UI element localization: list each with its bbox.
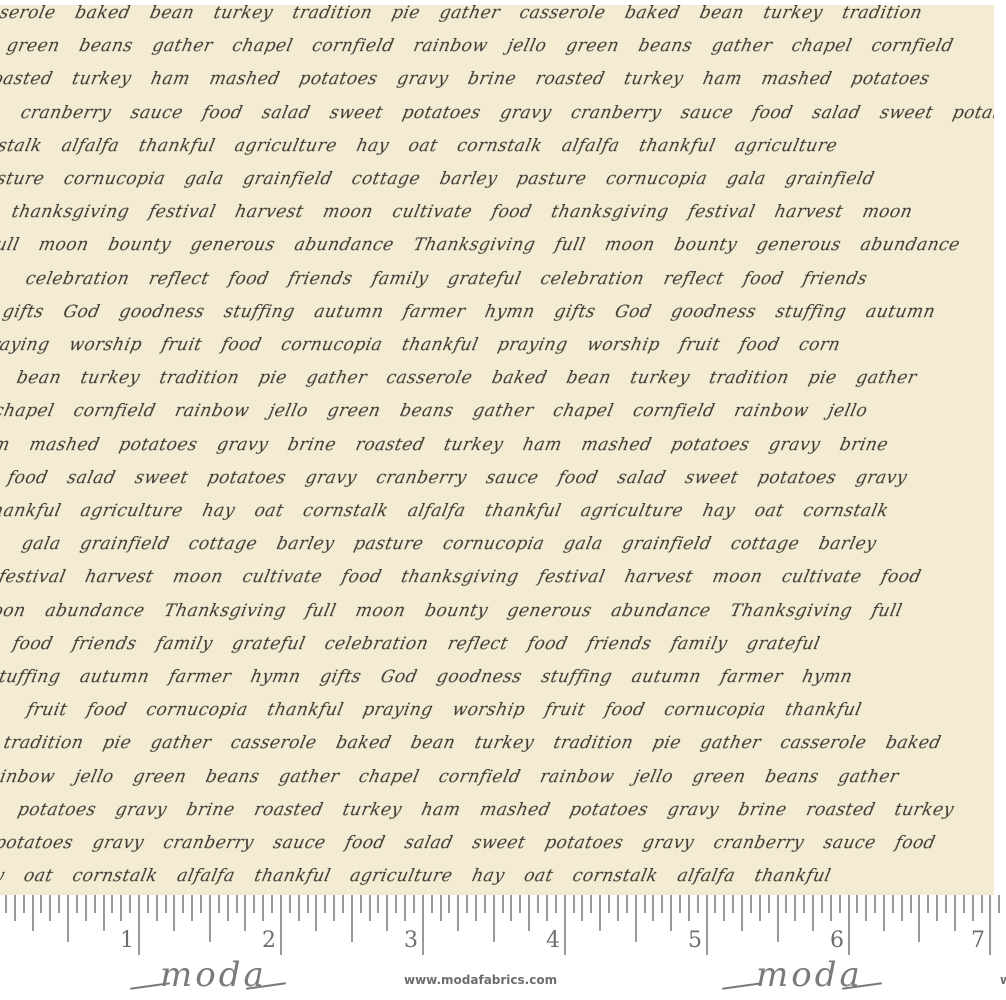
website-url: www.modafabrics.com (404, 973, 557, 987)
ruler-tick (298, 895, 300, 921)
script-text-row: hay oat cornstalk alfalfa thankful agric… (0, 866, 833, 886)
ruler-tick (386, 895, 388, 931)
ruler-tick (67, 895, 69, 942)
ruler-tick (830, 895, 832, 921)
script-text-row: cranberry sauce food salad sweet potatoe… (19, 103, 994, 123)
ruler-tick (502, 895, 504, 913)
ruler-tick (324, 895, 326, 913)
script-text-row: roasted turkey ham mashed potatoes gravy… (0, 69, 932, 89)
ruler-tick (688, 895, 690, 921)
ruler-tick (626, 895, 628, 913)
ruler-tick (209, 895, 211, 942)
ruler-tick (5, 895, 7, 913)
ruler-tick (590, 895, 592, 913)
ruler-tick (103, 895, 105, 931)
ruler-tick (129, 895, 131, 913)
ruler-tick (173, 895, 175, 931)
ruler-tick (954, 895, 956, 931)
ruler-tick (537, 895, 539, 913)
ruler-tick (528, 895, 530, 931)
script-text-row: celebration reflect food friends family … (24, 269, 869, 289)
ruler-tick (918, 895, 920, 942)
ruler-tick (714, 895, 716, 913)
ruler-tick (413, 895, 415, 913)
ruler-tick (785, 895, 787, 913)
ruler-tick (510, 895, 512, 921)
ruler-tick (94, 895, 96, 913)
ruler-tick (342, 895, 344, 913)
ruler-inch-tick (848, 895, 850, 955)
ruler-tick (76, 895, 78, 913)
ruler-tick (670, 895, 672, 931)
ruler-tick (40, 895, 42, 913)
ruler-inch-tick (280, 895, 282, 955)
script-text-row: thankful agriculture hay oat cornstalk a… (0, 501, 890, 521)
ruler-inch-tick (138, 895, 140, 955)
ruler-tick (440, 895, 442, 921)
ruler-tick (475, 895, 477, 921)
ruler-tick (555, 895, 557, 913)
ruler-tick (457, 895, 459, 931)
script-text-row: stalk alfalfa thankful agriculture hay o… (0, 136, 839, 156)
ruler-tick (315, 895, 317, 931)
ruler-tick (812, 895, 814, 931)
ruler-tick (608, 895, 610, 913)
ruler-tick (972, 895, 974, 921)
ruler-tick (661, 895, 663, 913)
ruler-tick (599, 895, 601, 931)
ruler-tick (466, 895, 468, 913)
ruler-tick (901, 895, 903, 921)
ruler-tick (58, 895, 60, 913)
ruler-inch-label: 1 (120, 928, 134, 953)
ruler-tick (546, 895, 548, 921)
script-text-row: thanksgiving festival harvest moon culti… (10, 202, 914, 222)
script-text-row: pasture cornucopia gala grainfield cotta… (0, 169, 876, 189)
ruler-tick (360, 895, 362, 913)
ruler-tick (652, 895, 654, 921)
script-text-row: green beans gather chapel cornfield rain… (5, 36, 955, 56)
ruler-tick (147, 895, 149, 913)
website-url-repeat: www.modafabrics.com (1000, 973, 1006, 987)
ruler-tick (120, 895, 122, 921)
ruler-tick (759, 895, 761, 921)
script-text-row: moon abundance Thanksgiving full moon bo… (0, 601, 904, 621)
ruler-tick (963, 895, 965, 913)
ruler-tick (351, 895, 353, 942)
ruler-tick (191, 895, 193, 921)
ruler-tick (679, 895, 681, 913)
ruler-tick (49, 895, 51, 921)
ruler-tick (573, 895, 575, 913)
ruler-tick (794, 895, 796, 921)
ruler-tick (23, 895, 25, 913)
script-text-row: food friends family grateful celebration… (11, 634, 822, 654)
ruler-tick (448, 895, 450, 913)
ruler-inch-label: 2 (262, 928, 276, 953)
script-text-row: bean turkey tradition pie gather cassero… (15, 368, 919, 388)
script-text-row: food salad sweet potatoes gravy cranberr… (6, 468, 909, 488)
ruler-tick (244, 895, 246, 931)
script-text-row: ham mashed potatoes gravy brine roasted … (0, 435, 890, 455)
ruler-inch-tick (564, 895, 566, 955)
ruler-tick (493, 895, 495, 942)
ruler-tick (253, 895, 255, 913)
ruler-tick (768, 895, 770, 913)
ruler-tick (750, 895, 752, 913)
ruler-tick (111, 895, 113, 913)
ruler-inch-tick (989, 895, 991, 955)
ruler-tick (289, 895, 291, 913)
ruler-tick (484, 895, 486, 913)
script-text-row: casserole baked bean turkey tradition pi… (0, 5, 924, 23)
script-text-row: fruit food cornucopia thankful praying w… (25, 700, 864, 720)
ruler-inch-label: 5 (688, 928, 702, 953)
script-text-row: rainbow jello green beans gather chapel … (0, 767, 901, 787)
ruler-tick (741, 895, 743, 931)
ruler-inch-label: 3 (404, 928, 418, 953)
ruler-tick (697, 895, 699, 913)
ruler-tick (723, 895, 725, 921)
ruler-tick (85, 895, 87, 921)
ruler-tick (32, 895, 34, 931)
ruler-tick (936, 895, 938, 921)
ruler-tick (892, 895, 894, 913)
ruler-tick (333, 895, 335, 921)
script-text-row: potatoes gravy brine roasted turkey ham … (16, 800, 956, 820)
script-text-row: praying worship fruit food cornucopia th… (0, 335, 842, 355)
script-text-row: gala grainfield cottage barley pasture c… (20, 534, 879, 554)
script-text-row: tradition pie gather casserole baked bea… (2, 733, 943, 753)
script-text-row: festival harvest moon cultivate food tha… (0, 567, 923, 587)
ruler-tick (165, 895, 167, 913)
ruler-tick (865, 895, 867, 921)
ruler-tick (732, 895, 734, 913)
ruler-tick (839, 895, 841, 913)
ruler-tick (856, 895, 858, 913)
ruler-tick (307, 895, 309, 913)
ruler-tick (617, 895, 619, 921)
ruler-tick (874, 895, 876, 913)
ruler-tick (14, 895, 16, 921)
ruler-tick (377, 895, 379, 913)
ruler-inch-tick (422, 895, 424, 955)
ruler-inch-label: 6 (830, 928, 844, 953)
ruler-tick (271, 895, 273, 913)
ruler-tick (156, 895, 158, 921)
script-text-row: potatoes gravy cranberry sauce food sala… (0, 833, 937, 853)
script-text-row: full moon bounty generous abundance Than… (0, 235, 962, 255)
ruler-tick (821, 895, 823, 913)
ruler-tick (581, 895, 583, 921)
ruler-tick (910, 895, 912, 913)
ruler-tick (262, 895, 264, 921)
ruler-tick (236, 895, 238, 913)
script-text-row: gifts God goodness stuffing autumn farme… (1, 302, 937, 322)
ruler-tick (945, 895, 947, 913)
ruler-inch-tick (706, 895, 708, 955)
ruler-tick (998, 895, 1000, 913)
ruler-tick (927, 895, 929, 913)
ruler-tick (218, 895, 220, 913)
ruler-inch-label: 7 (971, 928, 985, 953)
ruler-tick (777, 895, 779, 942)
ruler-tick (200, 895, 202, 913)
ruler-tick (981, 895, 983, 913)
ruler-tick (883, 895, 885, 931)
ruler-tick (369, 895, 371, 921)
script-text-row: chapel cornfield rainbow jello green bea… (0, 401, 869, 421)
ruler-tick (644, 895, 646, 913)
ruler-tick (635, 895, 637, 942)
ruler-tick (519, 895, 521, 913)
ruler-tick (395, 895, 397, 913)
ruler-tick (227, 895, 229, 921)
ruler-inch-label: 4 (546, 928, 560, 953)
ruler-tick (431, 895, 433, 913)
script-text-row: stuffing autumn farmer hymn gifts God go… (0, 667, 854, 687)
ruler: moda www.modafabrics.com moda www.modafa… (0, 895, 1006, 1000)
fabric-swatch: casserole baked bean turkey tradition pi… (0, 5, 994, 895)
ruler-tick (404, 895, 406, 921)
ruler-tick (182, 895, 184, 913)
ruler-tick (803, 895, 805, 913)
